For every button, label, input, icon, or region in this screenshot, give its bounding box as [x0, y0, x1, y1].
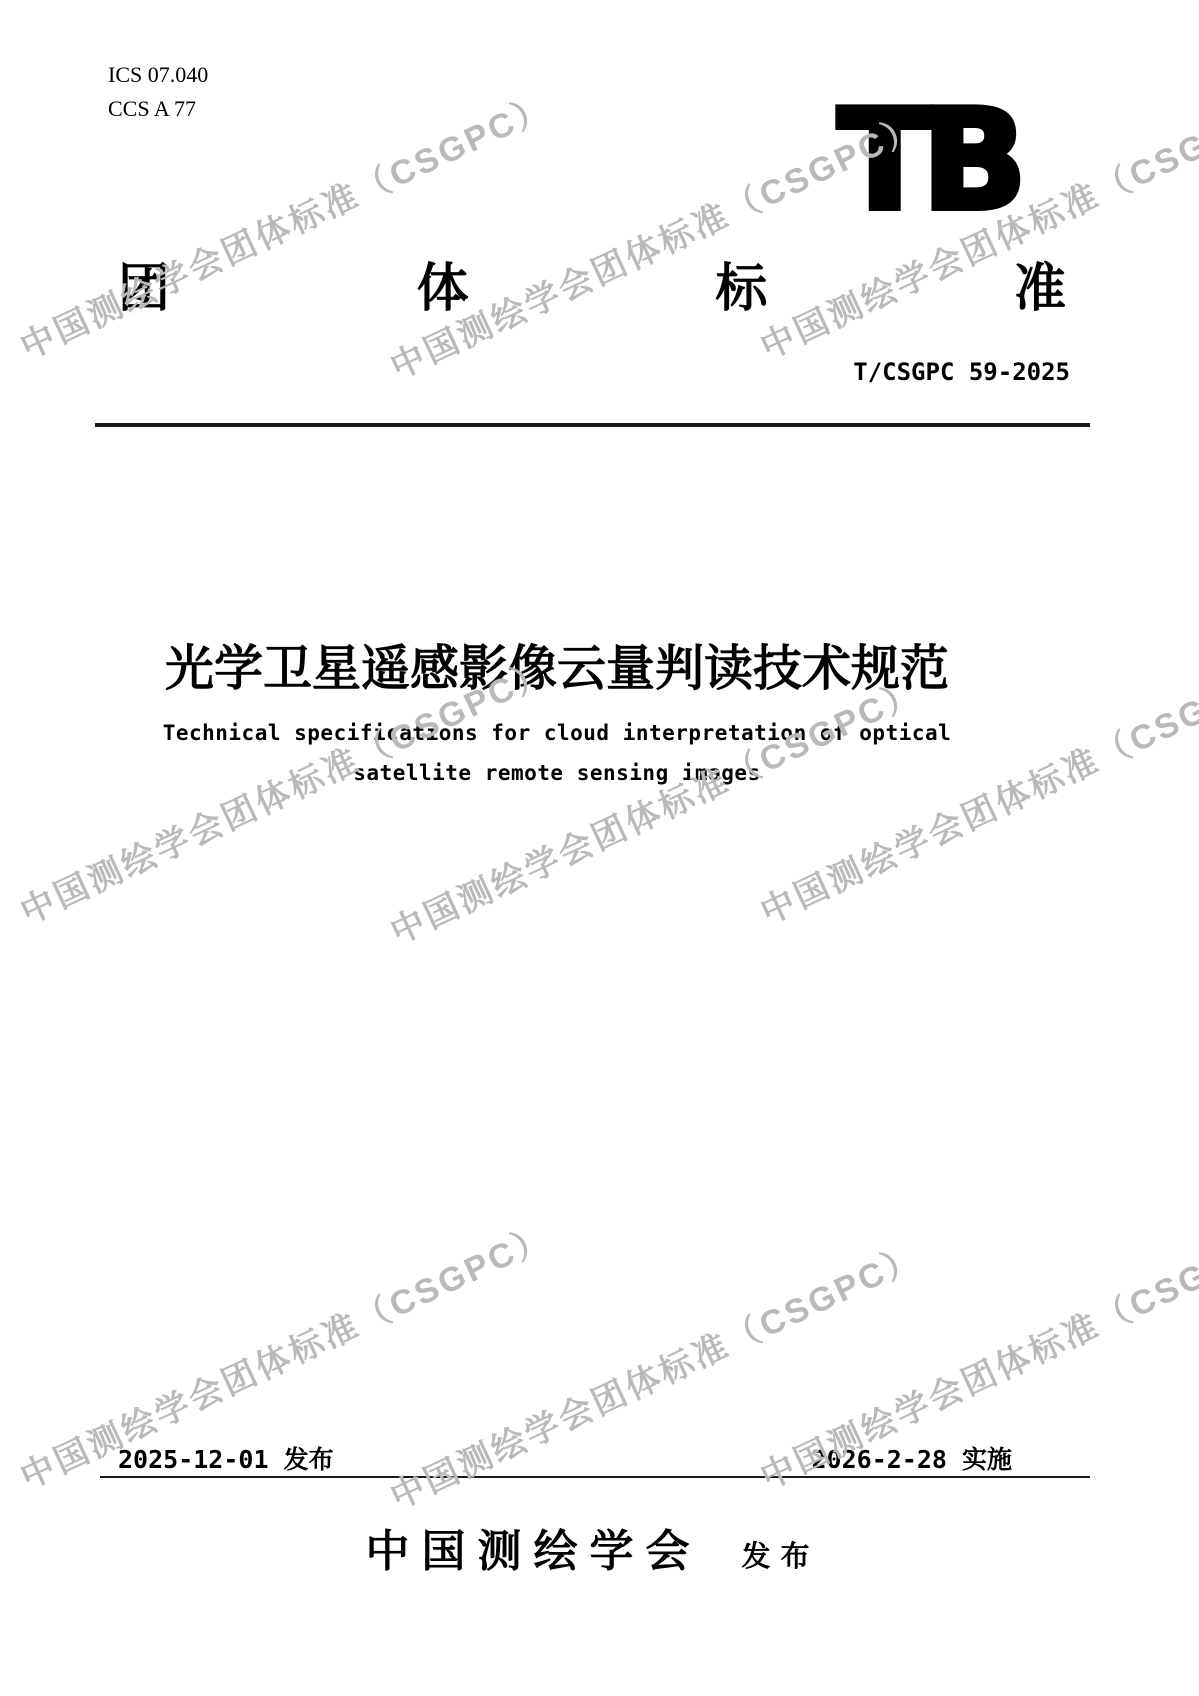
- ccs-code: CCS A 77: [108, 92, 208, 126]
- publisher-row: 中国测绘学会 发布: [95, 1526, 1090, 1579]
- doc-type-char: 团: [118, 258, 170, 320]
- classification-codes: ICS 07.040 CCS A 77: [108, 58, 208, 126]
- publisher-name: 中国测绘学会: [365, 1526, 701, 1579]
- doc-type-char: 标: [715, 258, 767, 320]
- standard-cover-page: ICS 07.040 CCS A 77 TB 团 体 标 准 T/CSGPC 5…: [0, 0, 1199, 1696]
- tb-logo: TB: [838, 92, 1017, 230]
- publish-label: 发布: [741, 1534, 819, 1575]
- doc-type-char: 准: [1014, 258, 1066, 320]
- implementation-date: 2026-2-28 实施: [811, 1440, 1012, 1476]
- title-block: 光学卫星遥感影像云量判读技术规范 Technical specification…: [95, 640, 1019, 793]
- standard-number: T/CSGPC 59-2025: [853, 358, 1070, 386]
- footer-rule: [100, 1476, 1090, 1478]
- title-english: Technical specifications for cloud inter…: [95, 713, 1019, 793]
- title-english-line2: satellite remote sensing images: [95, 753, 1019, 793]
- ics-code: ICS 07.040: [108, 58, 208, 92]
- issue-date: 2025-12-01 发布: [118, 1440, 334, 1476]
- title-chinese: 光学卫星遥感影像云量判读技术规范: [95, 640, 1019, 699]
- cover-content: ICS 07.040 CCS A 77 TB 团 体 标 准 T/CSGPC 5…: [0, 0, 1199, 1696]
- doc-type-char: 体: [417, 258, 469, 320]
- header-rule: [95, 423, 1090, 427]
- date-row: 2025-12-01 发布 2026-2-28 实施: [100, 1442, 1090, 1476]
- title-english-line1: Technical specifications for cloud inter…: [95, 713, 1019, 753]
- doc-type-title: 团 体 标 准: [118, 258, 1066, 320]
